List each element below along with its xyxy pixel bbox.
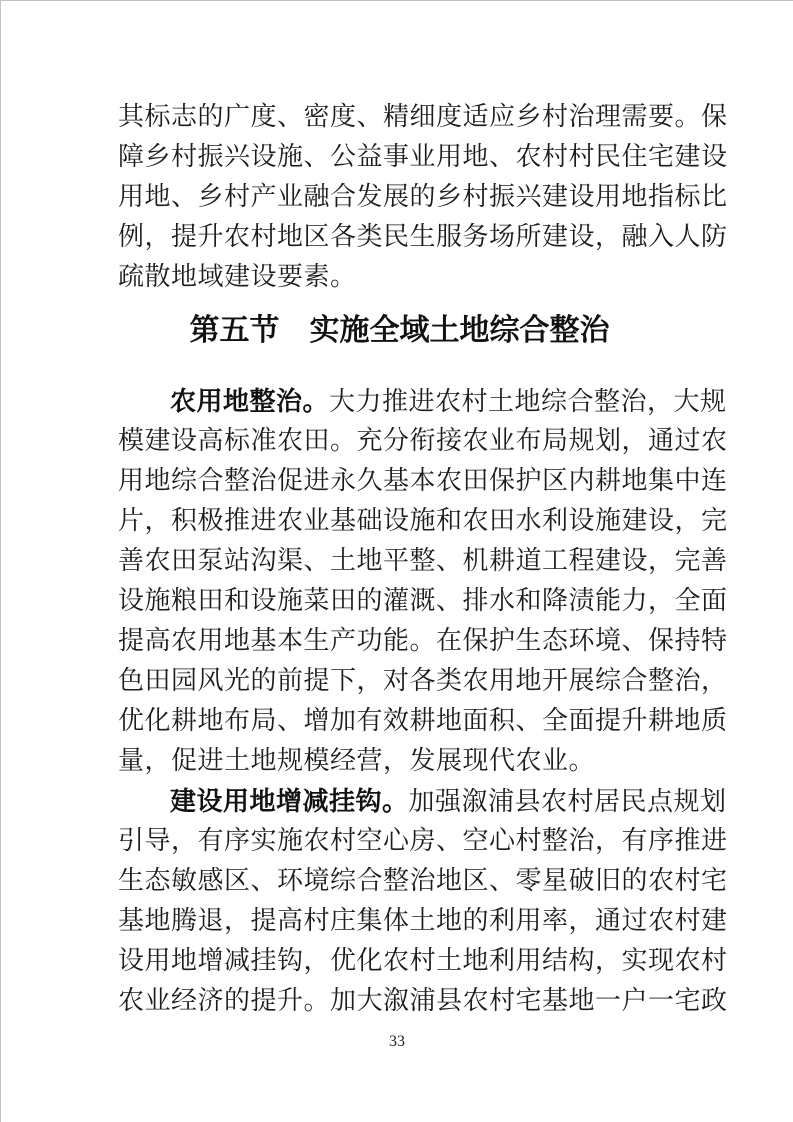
text-line: 农用地整治。大力推进农村土地综合整治，大规 [118,381,681,421]
text-line: 疏散地域建设要素。 [118,257,681,297]
text-line: 其标志的广度、密度、精细度适应乡村治理需要。保 [118,97,681,137]
page-number: 33 [1,1033,793,1051]
text-line: 建设用地增减挂钩。加强溆浦县农村居民点规划 [118,781,681,821]
text-line: 片，积极推进农业基础设施和农田水利设施建设，完 [118,501,681,541]
document-page: 其标志的广度、密度、精细度适应乡村治理需要。保 障乡村振兴设施、公益事业用地、农… [0,0,793,1122]
section-heading: 第五节 实施全域土地综合整治 [118,309,681,353]
text-line: 优化耕地布局、增加有效耕地面积、全面提升耕地质 [118,701,681,741]
text-line: 生态敏感区、环境综合整治地区、零星破旧的农村宅 [118,861,681,901]
text-line: 障乡村振兴设施、公益事业用地、农村村民住宅建设 [118,137,681,177]
text-line: 设施粮田和设施菜田的灌溉、排水和降渍能力，全面 [118,581,681,621]
text-line: 善农田泵站沟渠、土地平整、机耕道工程建设，完善 [118,541,681,581]
text-line: 引导，有序实施农村空心房、空心村整治，有序推进 [118,821,681,861]
paragraph-construction-land-linkage: 建设用地增减挂钩。加强溆浦县农村居民点规划 引导，有序实施农村空心房、空心村整治… [118,781,681,1021]
text-line: 基地腾退，提高村庄集体土地的利用率，通过农村建 [118,901,681,941]
paragraph-farmland-consolidation: 农用地整治。大力推进农村土地综合整治，大规 模建设高标准农田。充分衔接农业布局规… [118,381,681,781]
text-line: 提高农用地基本生产功能。在保护生态环境、保持特 [118,621,681,661]
paragraph-lead-bold: 建设用地增减挂钩。 [170,786,409,816]
text-line: 量，促进土地规模经营，发展现代农业。 [118,741,681,781]
text-line: 农业经济的提升。加大溆浦县农村宅基地一户一宅政 [118,981,681,1021]
paragraph-continuation: 其标志的广度、密度、精细度适应乡村治理需要。保 障乡村振兴设施、公益事业用地、农… [118,97,681,297]
text-run: 加强溆浦县农村居民点规划 [409,787,727,816]
text-line: 设用地增减挂钩，优化农村土地利用结构，实现农村 [118,941,681,981]
text-run: 大力推进农村土地综合整治，大规 [329,387,727,416]
text-line: 用地、乡村产业融合发展的乡村振兴建设用地指标比 [118,177,681,217]
text-line: 模建设高标准农田。充分衔接农业布局规划，通过农 [118,421,681,461]
page-content: 其标志的广度、密度、精细度适应乡村治理需要。保 障乡村振兴设施、公益事业用地、农… [118,97,681,1021]
text-line: 例，提升农村地区各类民生服务场所建设，融入人防 [118,217,681,257]
text-line: 用地综合整治促进永久基本农田保护区内耕地集中连 [118,461,681,501]
text-line: 色田园风光的前提下，对各类农用地开展综合整治， [118,661,681,701]
paragraph-lead-bold: 农用地整治。 [170,386,329,416]
